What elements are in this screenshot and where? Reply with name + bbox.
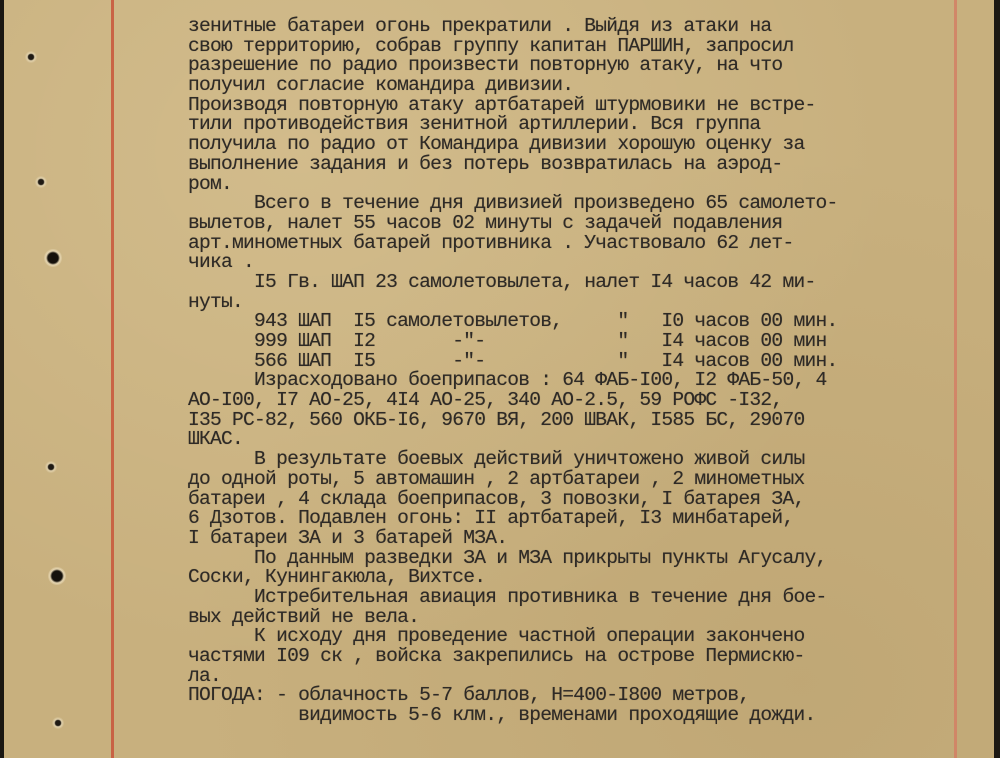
text-line: получил согласие командира дивизии. — [188, 76, 958, 96]
text-line: I5 Гв. ШАП 23 самолетовылета, налет I4 ч… — [188, 273, 958, 293]
text-line: Истребительная авиация противника в тече… — [188, 588, 958, 608]
text-line: получила по радио от Командира дивизии х… — [188, 135, 958, 155]
text-line: вылетов, налет 55 часов 02 минуты с зада… — [188, 214, 958, 234]
binding-hole — [45, 461, 57, 473]
binding-hole — [25, 51, 37, 63]
binding-hole — [48, 567, 66, 585]
text-line: арт.минометных батарей противника . Учас… — [188, 234, 958, 254]
document-page: зенитные батареи огонь прекратили . Выйд… — [0, 0, 1000, 758]
text-line: чика . — [188, 253, 958, 273]
text-line: видимость 5-6 клм., временами проходящие… — [188, 706, 958, 726]
text-line: до одной роты, 5 автомашин , 2 артбатаре… — [188, 470, 958, 490]
text-line: В результате боевых действий уничтожено … — [188, 450, 958, 470]
text-line: Соски, Кунингакюла, Вихтсе. — [188, 568, 958, 588]
binding-hole — [52, 717, 64, 729]
text-line: частями I09 ск , войска закрепились на о… — [188, 647, 958, 667]
text-line: I батареи ЗА и 3 батарей МЗА. — [188, 529, 958, 549]
text-line: зенитные батареи огонь прекратили . Выйд… — [188, 17, 958, 37]
text-line: АО-I00, I7 АО-25, 4I4 АО-25, 340 АО-2.5,… — [188, 391, 958, 411]
text-line: 6 Дзотов. Подавлен огонь: II артбатарей,… — [188, 509, 958, 529]
page-left-border — [0, 0, 4, 758]
text-line: 999 ШАП I2 -"- " I4 часов 00 мин — [188, 332, 958, 352]
binding-hole — [44, 249, 62, 267]
text-line: I35 РС-82, 560 ОКБ-I6, 9670 ВЯ, 200 ШВАК… — [188, 411, 958, 431]
text-line: Всего в течение дня дивизией произведено… — [188, 194, 958, 214]
typewritten-body: зенитные батареи огонь прекратили . Выйд… — [188, 17, 958, 726]
left-margin-rule — [111, 0, 114, 758]
binding-hole — [35, 176, 47, 188]
page-right-border — [994, 0, 1000, 758]
text-line: выполнение задания и без потерь возврати… — [188, 155, 958, 175]
